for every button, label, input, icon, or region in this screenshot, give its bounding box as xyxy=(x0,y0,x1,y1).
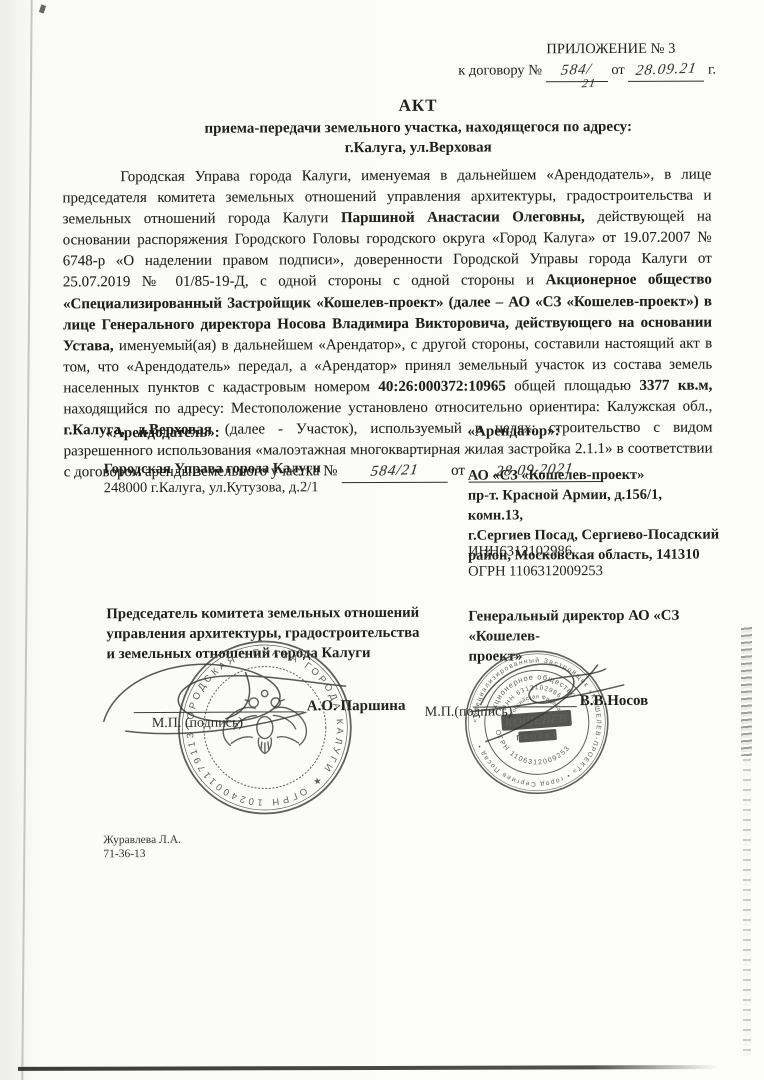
landlord-label: «Арендодатель»: xyxy=(105,425,219,442)
contract-reference-line: к договору № 584/21 от 28.09.21 г. xyxy=(436,60,716,83)
tenant-name: АО «СЗ «Кошелев-проект» xyxy=(468,465,720,486)
tenant-ogrn: ОГРН 1106312009253 xyxy=(468,562,603,582)
landlord-address: 248000 г.Калуга, ул.Кутузова, д.2/1 xyxy=(104,478,321,498)
tenant-inn: ИНН6312102986 xyxy=(468,542,603,562)
document-title: АКТ приема-передачи земельного участка, … xyxy=(78,94,758,159)
executor-phone: 71-36-13 xyxy=(103,847,181,861)
landlord-mp-label: М.П. (подпись) xyxy=(152,716,243,732)
appendix-title: ПРИЛОЖЕНИЕ № 3 xyxy=(436,39,716,61)
cadastral-number: 40:26:000372:10965 xyxy=(378,378,506,395)
scanned-document-page: ПРИЛОЖЕНИЕ № 3 к договору № 584/21 от 28… xyxy=(0,0,764,1080)
contract-date-handwritten: 28.09.21 xyxy=(635,59,699,82)
contract-date-blank: 28.09.21 xyxy=(628,60,704,82)
tenant-signatory-name: В.В.Носов xyxy=(580,693,649,710)
landlord-name: Городская Управа города Калуги xyxy=(104,459,321,479)
lease-number-blank: 584/21 xyxy=(341,461,447,484)
executor-name: Журавлева Л.А. xyxy=(103,833,181,847)
tenant-address-line: пр-т. Красной Армии, д.156/1, комн.13, xyxy=(468,485,720,526)
appendix-note: ПРИЛОЖЕНИЕ № 3 к договору № 584/21 от 28… xyxy=(436,39,716,83)
tenant-registration-numbers: ИНН6312102986 ОГРН 1106312009253 xyxy=(468,542,603,582)
landlord-signatory-name: А.О. Паршина xyxy=(307,698,406,715)
area-value: 3377 кв.м, xyxy=(639,377,712,393)
tenant-label: «Арендатор»: xyxy=(467,423,559,440)
contract-number-blank: 584/21 xyxy=(546,60,608,82)
landlord-signature xyxy=(95,642,395,748)
landlord-details: Городская Управа города Калуги 248000 г.… xyxy=(104,459,321,498)
landlord-representative: Паршиной Анастасии Олеговны, xyxy=(341,209,585,226)
executor-note: Журавлева Л.А. 71-36-13 xyxy=(103,833,181,861)
lease-number-handwritten: 584/21 xyxy=(369,460,420,483)
contract-number-sub-handwritten: 21 xyxy=(580,73,597,95)
